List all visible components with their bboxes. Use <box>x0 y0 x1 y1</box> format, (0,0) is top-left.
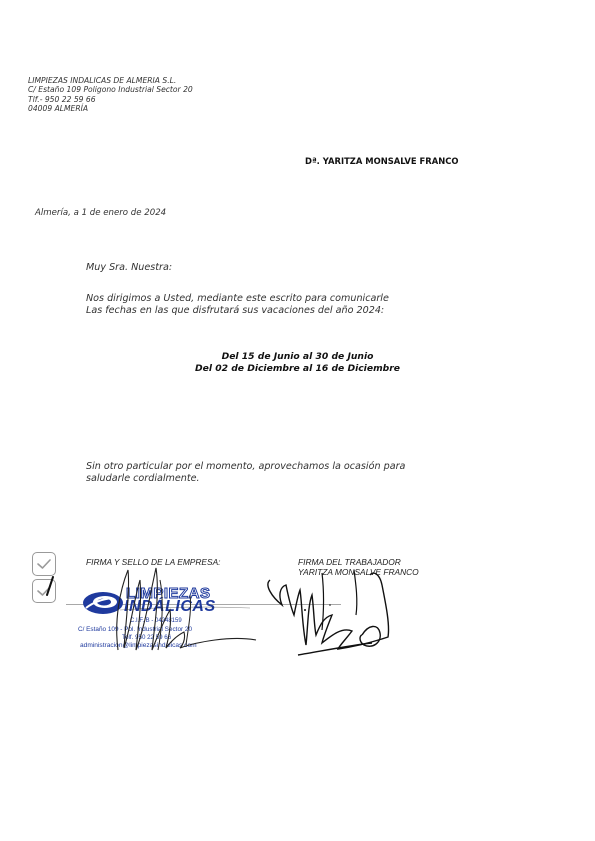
sender-address-block: LIMPIEZAS INDALICAS DE ALMERIA S.L. C/ E… <box>28 76 193 113</box>
signature-checkbox-worker[interactable] <box>32 579 56 603</box>
body-line-1: Nos dirigimos a Usted, mediante este esc… <box>86 293 389 305</box>
sender-address: C/ Estaño 109 Poligono Industrial Sector… <box>28 85 193 94</box>
recipient-name: Dª. YARITZA MONSALVE FRANCO <box>305 156 458 166</box>
date-line: Almería, a 1 de enero de 2024 <box>35 208 166 218</box>
vacation-period: Del 15 de Junio al 30 de Junio <box>0 351 595 363</box>
closing-paragraph: Sin otro particular por el momento, apro… <box>86 461 405 485</box>
checkbox-check-icon <box>33 580 61 604</box>
company-handwritten-signature <box>100 550 260 660</box>
sender-company: LIMPIEZAS INDALICAS DE ALMERIA S.L. <box>28 76 193 85</box>
checkbox-check-icon <box>33 553 55 575</box>
sender-phone: Tlf.- 950 22 59 66 <box>28 95 193 104</box>
closing-line-2: saludarle cordialmente. <box>86 473 405 485</box>
greeting: Muy Sra. Nuestra: <box>86 262 172 274</box>
sender-postal: 04009 ALMERÍA <box>28 104 193 113</box>
closing-line-1: Sin otro particular por el momento, apro… <box>86 461 405 473</box>
vacation-periods: Del 15 de Junio al 30 de Junio Del 02 de… <box>0 351 595 374</box>
signature-checkbox-company[interactable] <box>32 552 56 576</box>
vacation-period: Del 02 de Diciembre al 16 de Diciembre <box>0 363 595 375</box>
body-paragraph: Nos dirigimos a Usted, mediante este esc… <box>86 293 389 317</box>
worker-handwritten-signature <box>262 565 402 660</box>
body-line-2: Las fechas en las que disfrutará sus vac… <box>86 305 389 317</box>
